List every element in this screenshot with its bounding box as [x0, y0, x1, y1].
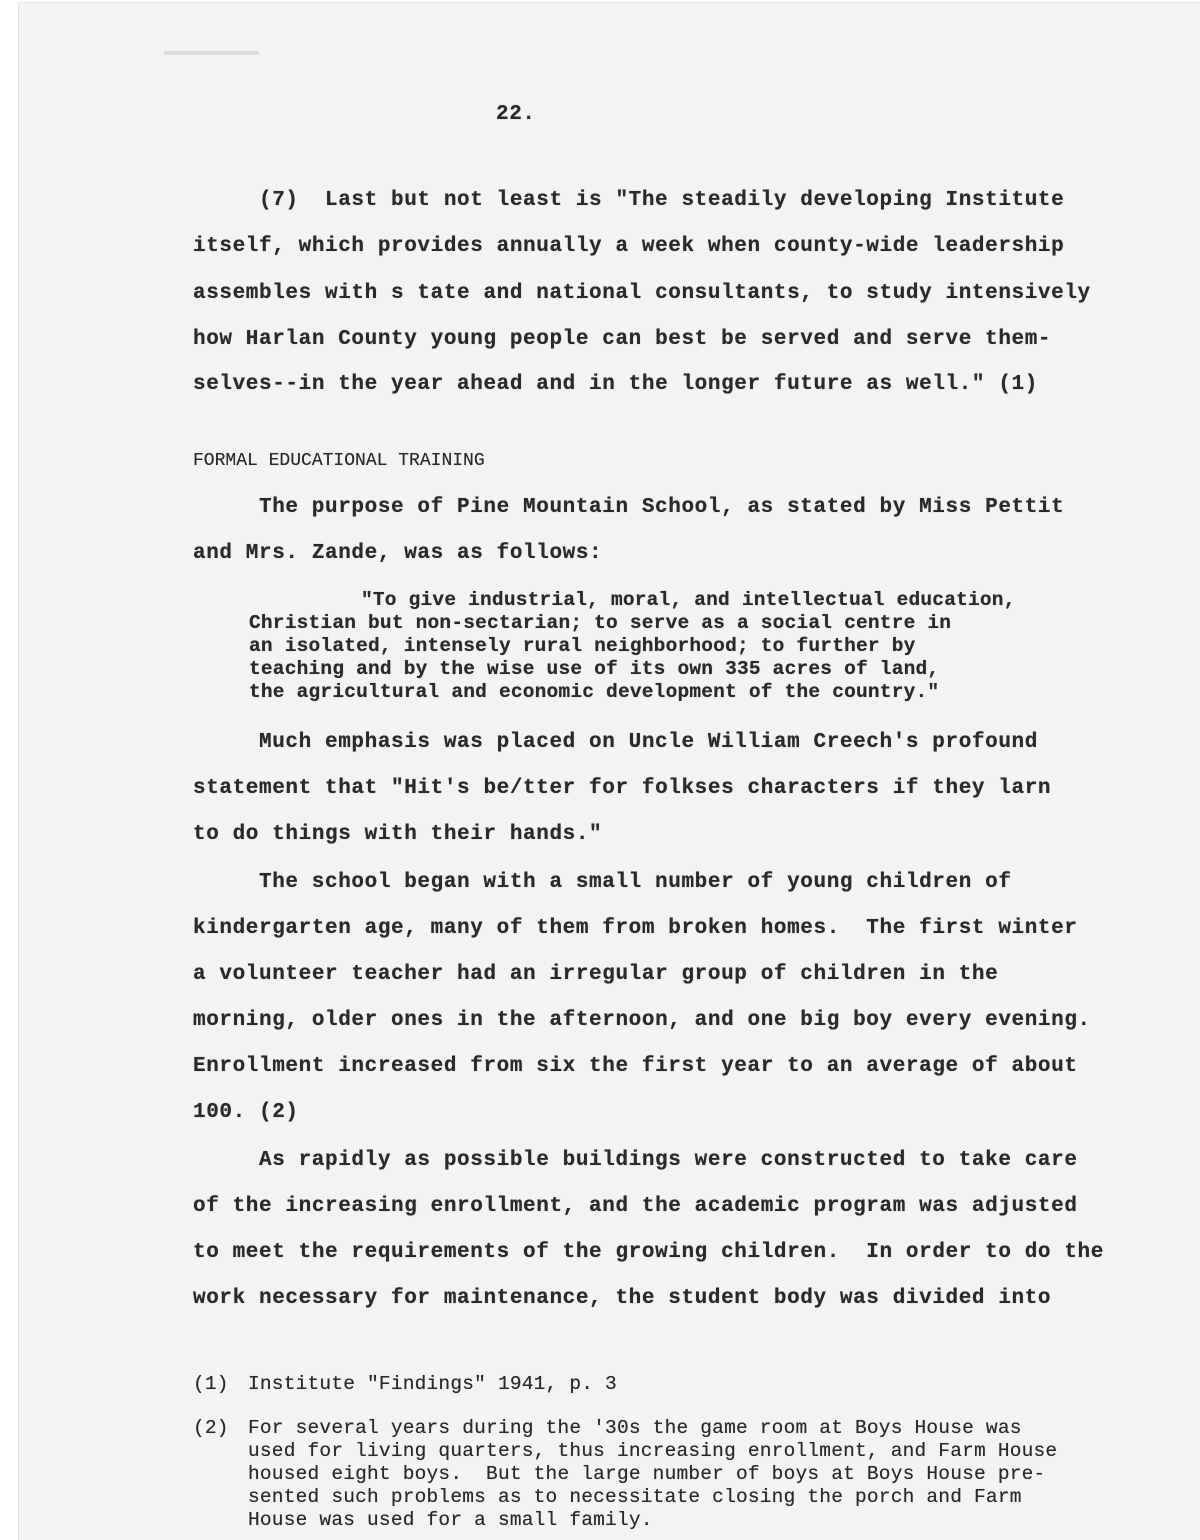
footnote-2-line-4: sented such problems as to necessitate c… [248, 1486, 1022, 1508]
paragraph-7-line-4: how Harlan County young people can best … [193, 328, 1051, 351]
quote-line-5: the agricultural and economic developmen… [249, 681, 939, 703]
footnote-1-marker: (1) [193, 1373, 229, 1395]
footnote-2-line-1: For several years during the '30s the ga… [248, 1417, 1022, 1439]
footnote-1-text: Institute "Findings" 1941, p. 3 [248, 1373, 617, 1395]
paragraph-7-line-2: itself, which provides annually a week w… [193, 235, 1064, 258]
emphasis-line-3: to do things with their hands." [193, 823, 602, 846]
purpose-line-2: and Mrs. Zande, was as follows: [193, 542, 602, 565]
school-line-6: 100. (2) [193, 1101, 299, 1124]
quote-line-2: Christian but non-sectarian; to serve as… [249, 612, 951, 634]
footnote-2-marker: (2) [193, 1417, 229, 1439]
buildings-line-3: to meet the requirements of the growing … [193, 1241, 1104, 1264]
school-line-4: morning, older ones in the afternoon, an… [193, 1009, 1091, 1032]
footnote-2-line-2: used for living quarters, thus increasin… [248, 1440, 1057, 1462]
school-line-3: a volunteer teacher had an irregular gro… [193, 963, 998, 986]
section-heading: FORMAL EDUCATIONAL TRAINING [193, 451, 485, 471]
buildings-line-4: work necessary for maintenance, the stud… [193, 1287, 1051, 1310]
paragraph-7-line-5: selves--in the year ahead and in the lon… [193, 373, 1038, 396]
paragraph-7-line-1: (7) Last but not least is "The steadily … [259, 189, 1064, 212]
school-line-2: kindergarten age, many of them from brok… [193, 917, 1078, 940]
buildings-line-1: As rapidly as possible buildings were co… [259, 1149, 1078, 1172]
footnote-2-line-5: House was used for a small family. [248, 1509, 653, 1531]
document-page: 22. (7) Last but not least is "The stead… [18, 2, 1200, 1540]
purpose-line-1: The purpose of Pine Mountain School, as … [259, 496, 1064, 519]
faint-stamp-mark [164, 51, 259, 55]
emphasis-line-2: statement that "Hit's be/tter for folkse… [193, 777, 1051, 800]
school-line-5: Enrollment increased from six the first … [193, 1055, 1078, 1078]
quote-line-1: "To give industrial, moral, and intellec… [361, 589, 1016, 611]
quote-line-4: teaching and by the wise use of its own … [249, 658, 939, 680]
school-line-1: The school began with a small number of … [259, 871, 1012, 894]
buildings-line-2: of the increasing enrollment, and the ac… [193, 1195, 1078, 1218]
paragraph-7-line-3: assembles with s tate and national consu… [193, 282, 1091, 305]
emphasis-line-1: Much emphasis was placed on Uncle Willia… [259, 731, 1038, 754]
footnote-2-line-3: housed eight boys. But the large number … [248, 1463, 1045, 1485]
quote-line-3: an isolated, intensely rural neighborhoo… [249, 635, 916, 657]
page-number: 22. [496, 103, 536, 126]
